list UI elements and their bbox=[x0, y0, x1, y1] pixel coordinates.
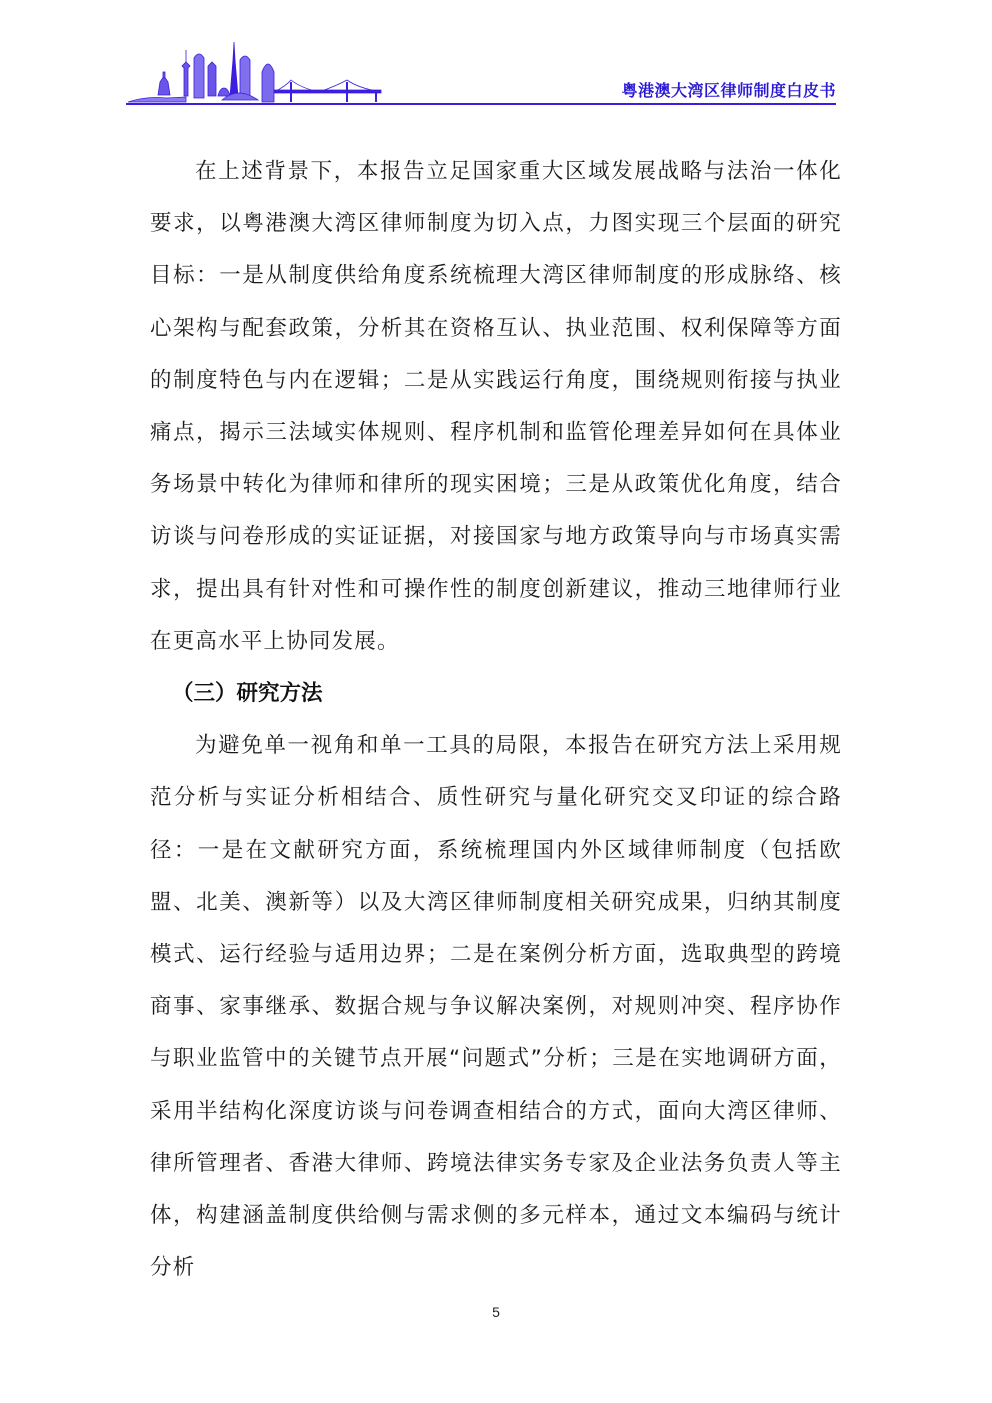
city-skyline-bridge-icon bbox=[126, 30, 396, 104]
page-number: 5 bbox=[0, 1304, 992, 1320]
document-body: 在上述背景下，本报告立足国家重大区域发展战略与法治一体化要求，以粤港澳大湾区律师… bbox=[150, 146, 842, 1294]
header-divider bbox=[126, 103, 836, 105]
page-header: 粤港澳大湾区律师制度白皮书 bbox=[126, 30, 836, 106]
paragraph-research-objectives: 在上述背景下，本报告立足国家重大区域发展战略与法治一体化要求，以粤港澳大湾区律师… bbox=[150, 146, 842, 668]
paragraph-research-methods: 为避免单一视角和单一工具的局限，本报告在研究方法上采用规范分析与实证分析相结合、… bbox=[150, 720, 842, 1294]
section-heading-research-methods: （三）研究方法 bbox=[150, 668, 842, 720]
document-title: 粤港澳大湾区律师制度白皮书 bbox=[621, 78, 836, 101]
